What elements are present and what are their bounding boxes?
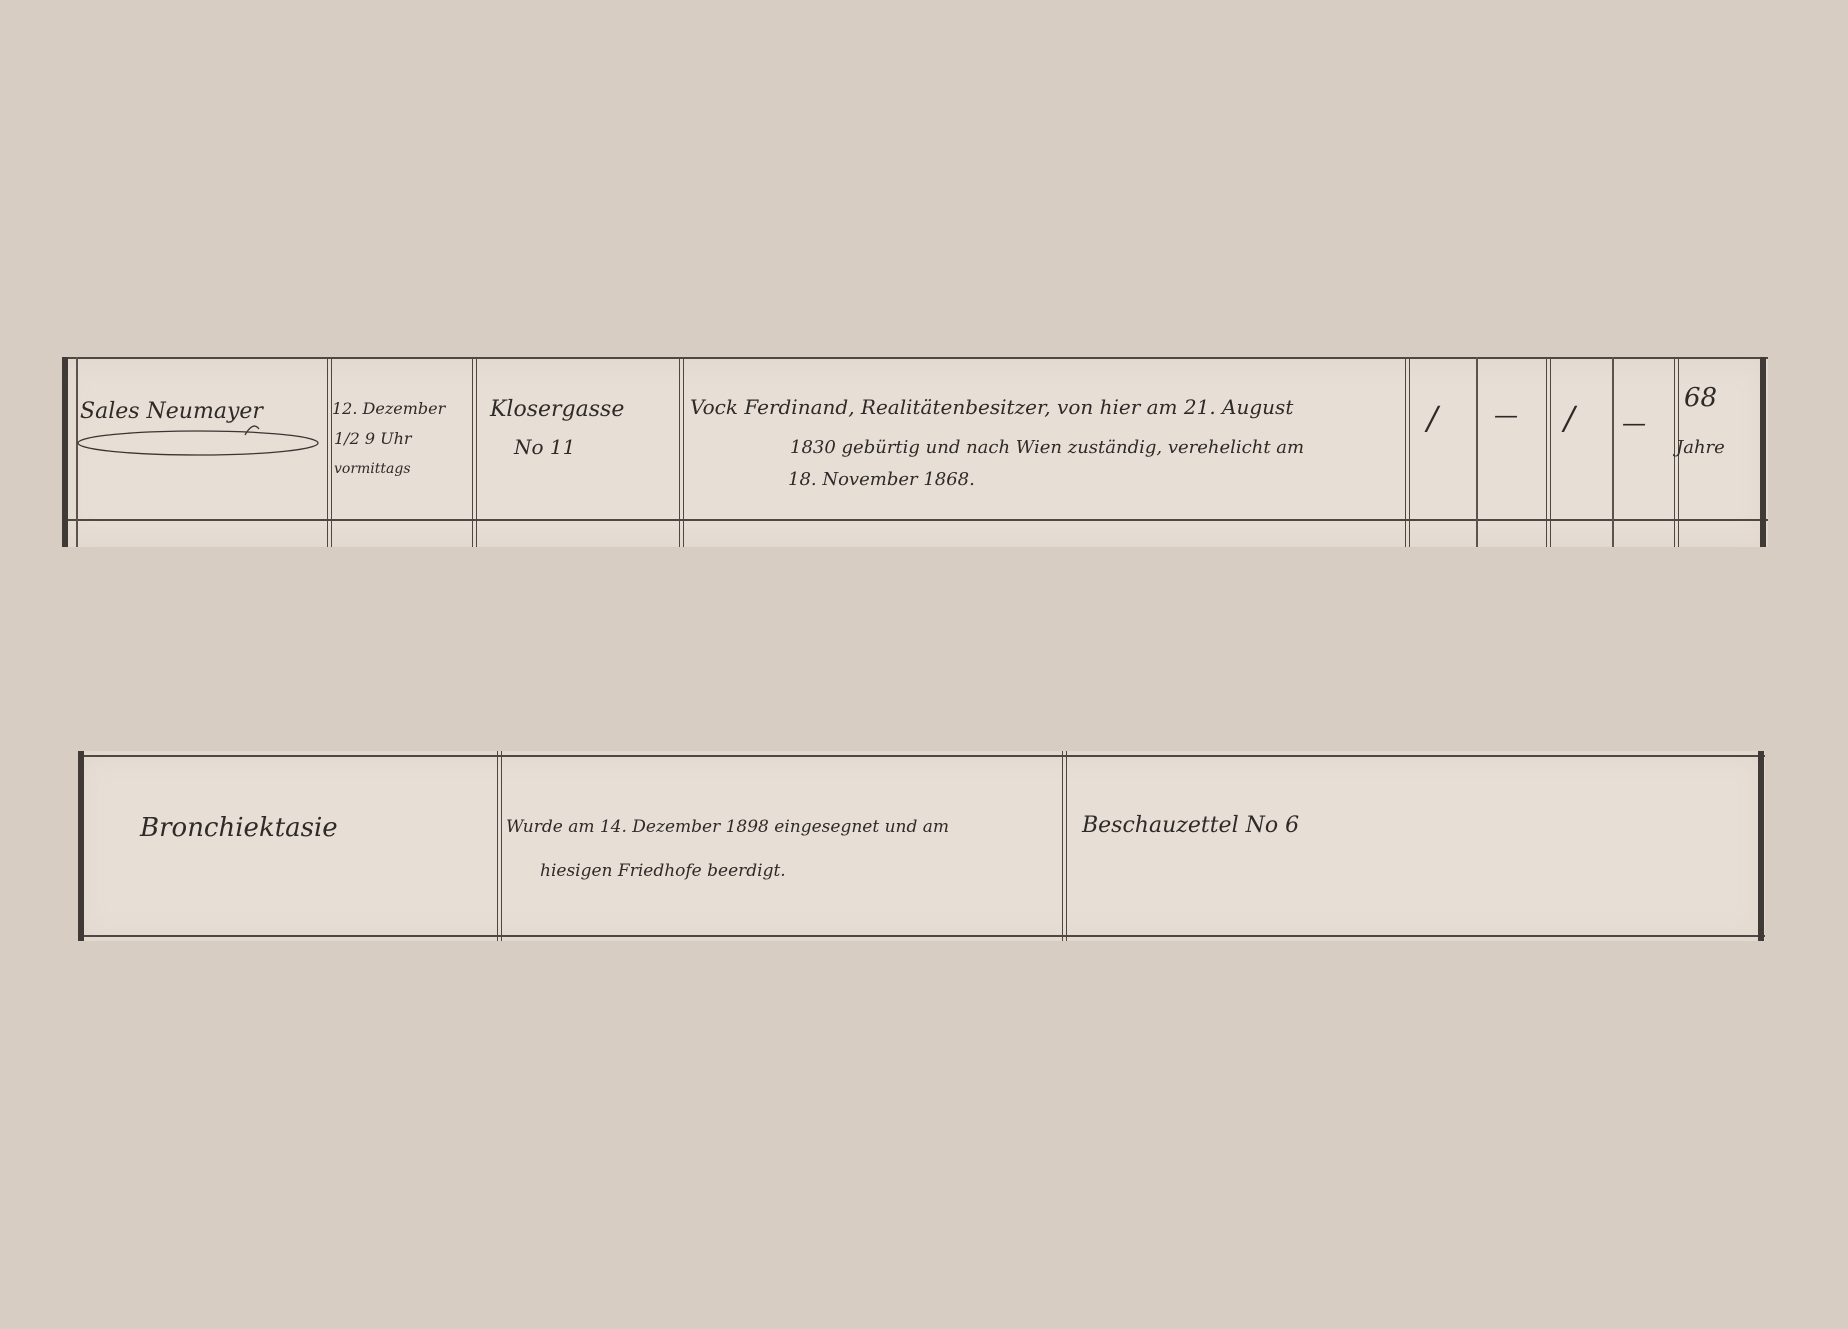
right-margin-rule (1758, 751, 1764, 941)
column-rule (1476, 357, 1478, 547)
deceased-description-line3: 18. November 1868. (788, 469, 975, 490)
burial-note-line1: Wurde am 14. Dezember 1898 eingesegnet u… (506, 817, 949, 837)
column-rule (1546, 357, 1551, 547)
death-time-period: vormittags (334, 461, 411, 477)
right-margin-rule (1760, 357, 1766, 547)
tally-catholic: / (1564, 399, 1575, 437)
column-rule (1612, 357, 1614, 547)
address-number: No 11 (514, 435, 575, 459)
burial-note-line2: hiesigen Friedhofe beerdigt. (540, 861, 786, 881)
death-date: 12. Dezember (332, 399, 445, 418)
top-rule (78, 755, 1765, 757)
age-unit: Jahre (1676, 437, 1725, 458)
deceased-description-line1: Vock Ferdinand, Realitätenbesitzer, von … (690, 395, 1293, 419)
register-entry-strip: Sales Neumayer 12. Dezember 1/2 9 Uhr vo… (62, 357, 1768, 547)
left-margin-rule (78, 751, 84, 941)
bottom-rule (78, 935, 1765, 937)
death-time: 1/2 9 Uhr (334, 429, 412, 448)
age-value: 68 (1684, 383, 1717, 413)
column-rule (472, 357, 477, 547)
tally-female: — (1494, 401, 1518, 429)
column-rule (1405, 357, 1410, 547)
cause-burial-strip: Bronchiektasie Wurde am 14. Dezember 189… (78, 751, 1765, 941)
row-separator-rule (62, 519, 1768, 521)
deceased-description-line2: 1830 gebürtig und nach Wien zuständig, v… (790, 437, 1304, 458)
tally-other: — (1622, 409, 1646, 437)
signature-flourish-icon (70, 425, 340, 465)
cause-of-death: Bronchiektasie (140, 813, 338, 843)
column-rule (1062, 751, 1067, 941)
column-rule (497, 751, 502, 941)
tally-male: / (1427, 399, 1438, 437)
left-margin-rule (62, 357, 68, 547)
address-street: Klosergasse (490, 397, 624, 422)
top-rule (62, 357, 1768, 359)
reporter-name: Sales Neumayer (80, 399, 263, 424)
column-rule (679, 357, 684, 547)
inspection-reference: Beschauzettel No 6 (1082, 813, 1299, 838)
